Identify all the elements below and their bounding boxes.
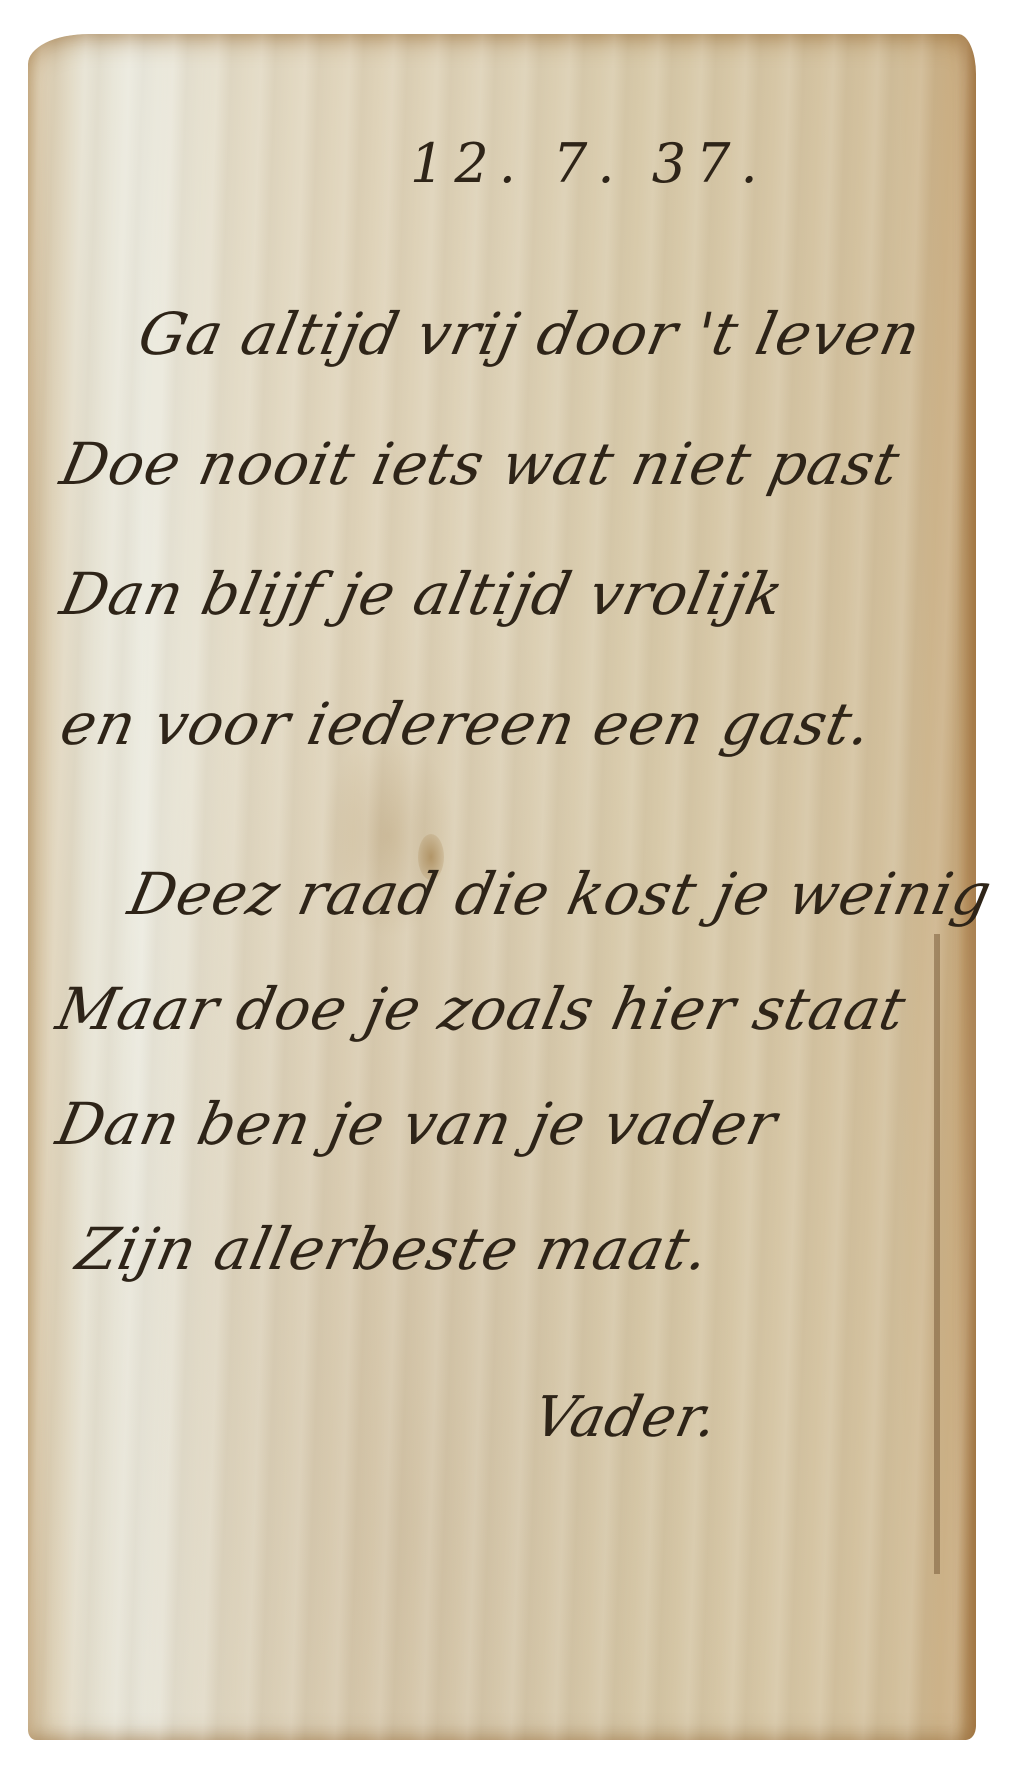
poem-line-8: Zijn allerbeste maat.	[71, 1215, 716, 1283]
poem-line-3: Dan blijf je altijd vrolijk	[55, 560, 790, 628]
binding-edge	[934, 934, 940, 1574]
poem-line-7: Dan ben je van je vader	[51, 1090, 784, 1158]
poem-line-5: Deez raad die kost je weinig	[123, 860, 998, 928]
poem-line-4: en voor iedereen een gast.	[55, 690, 878, 758]
poem-line-6: Maar doe je zoals hier staat	[51, 975, 912, 1043]
poem-line-2: Doe nooit iets wat niet past	[55, 430, 906, 498]
letter-date: 12. 7. 37.	[410, 132, 768, 195]
signature: Vader.	[528, 1385, 724, 1450]
poem-line-1: Ga altijd vrij door 't leven	[133, 300, 927, 368]
